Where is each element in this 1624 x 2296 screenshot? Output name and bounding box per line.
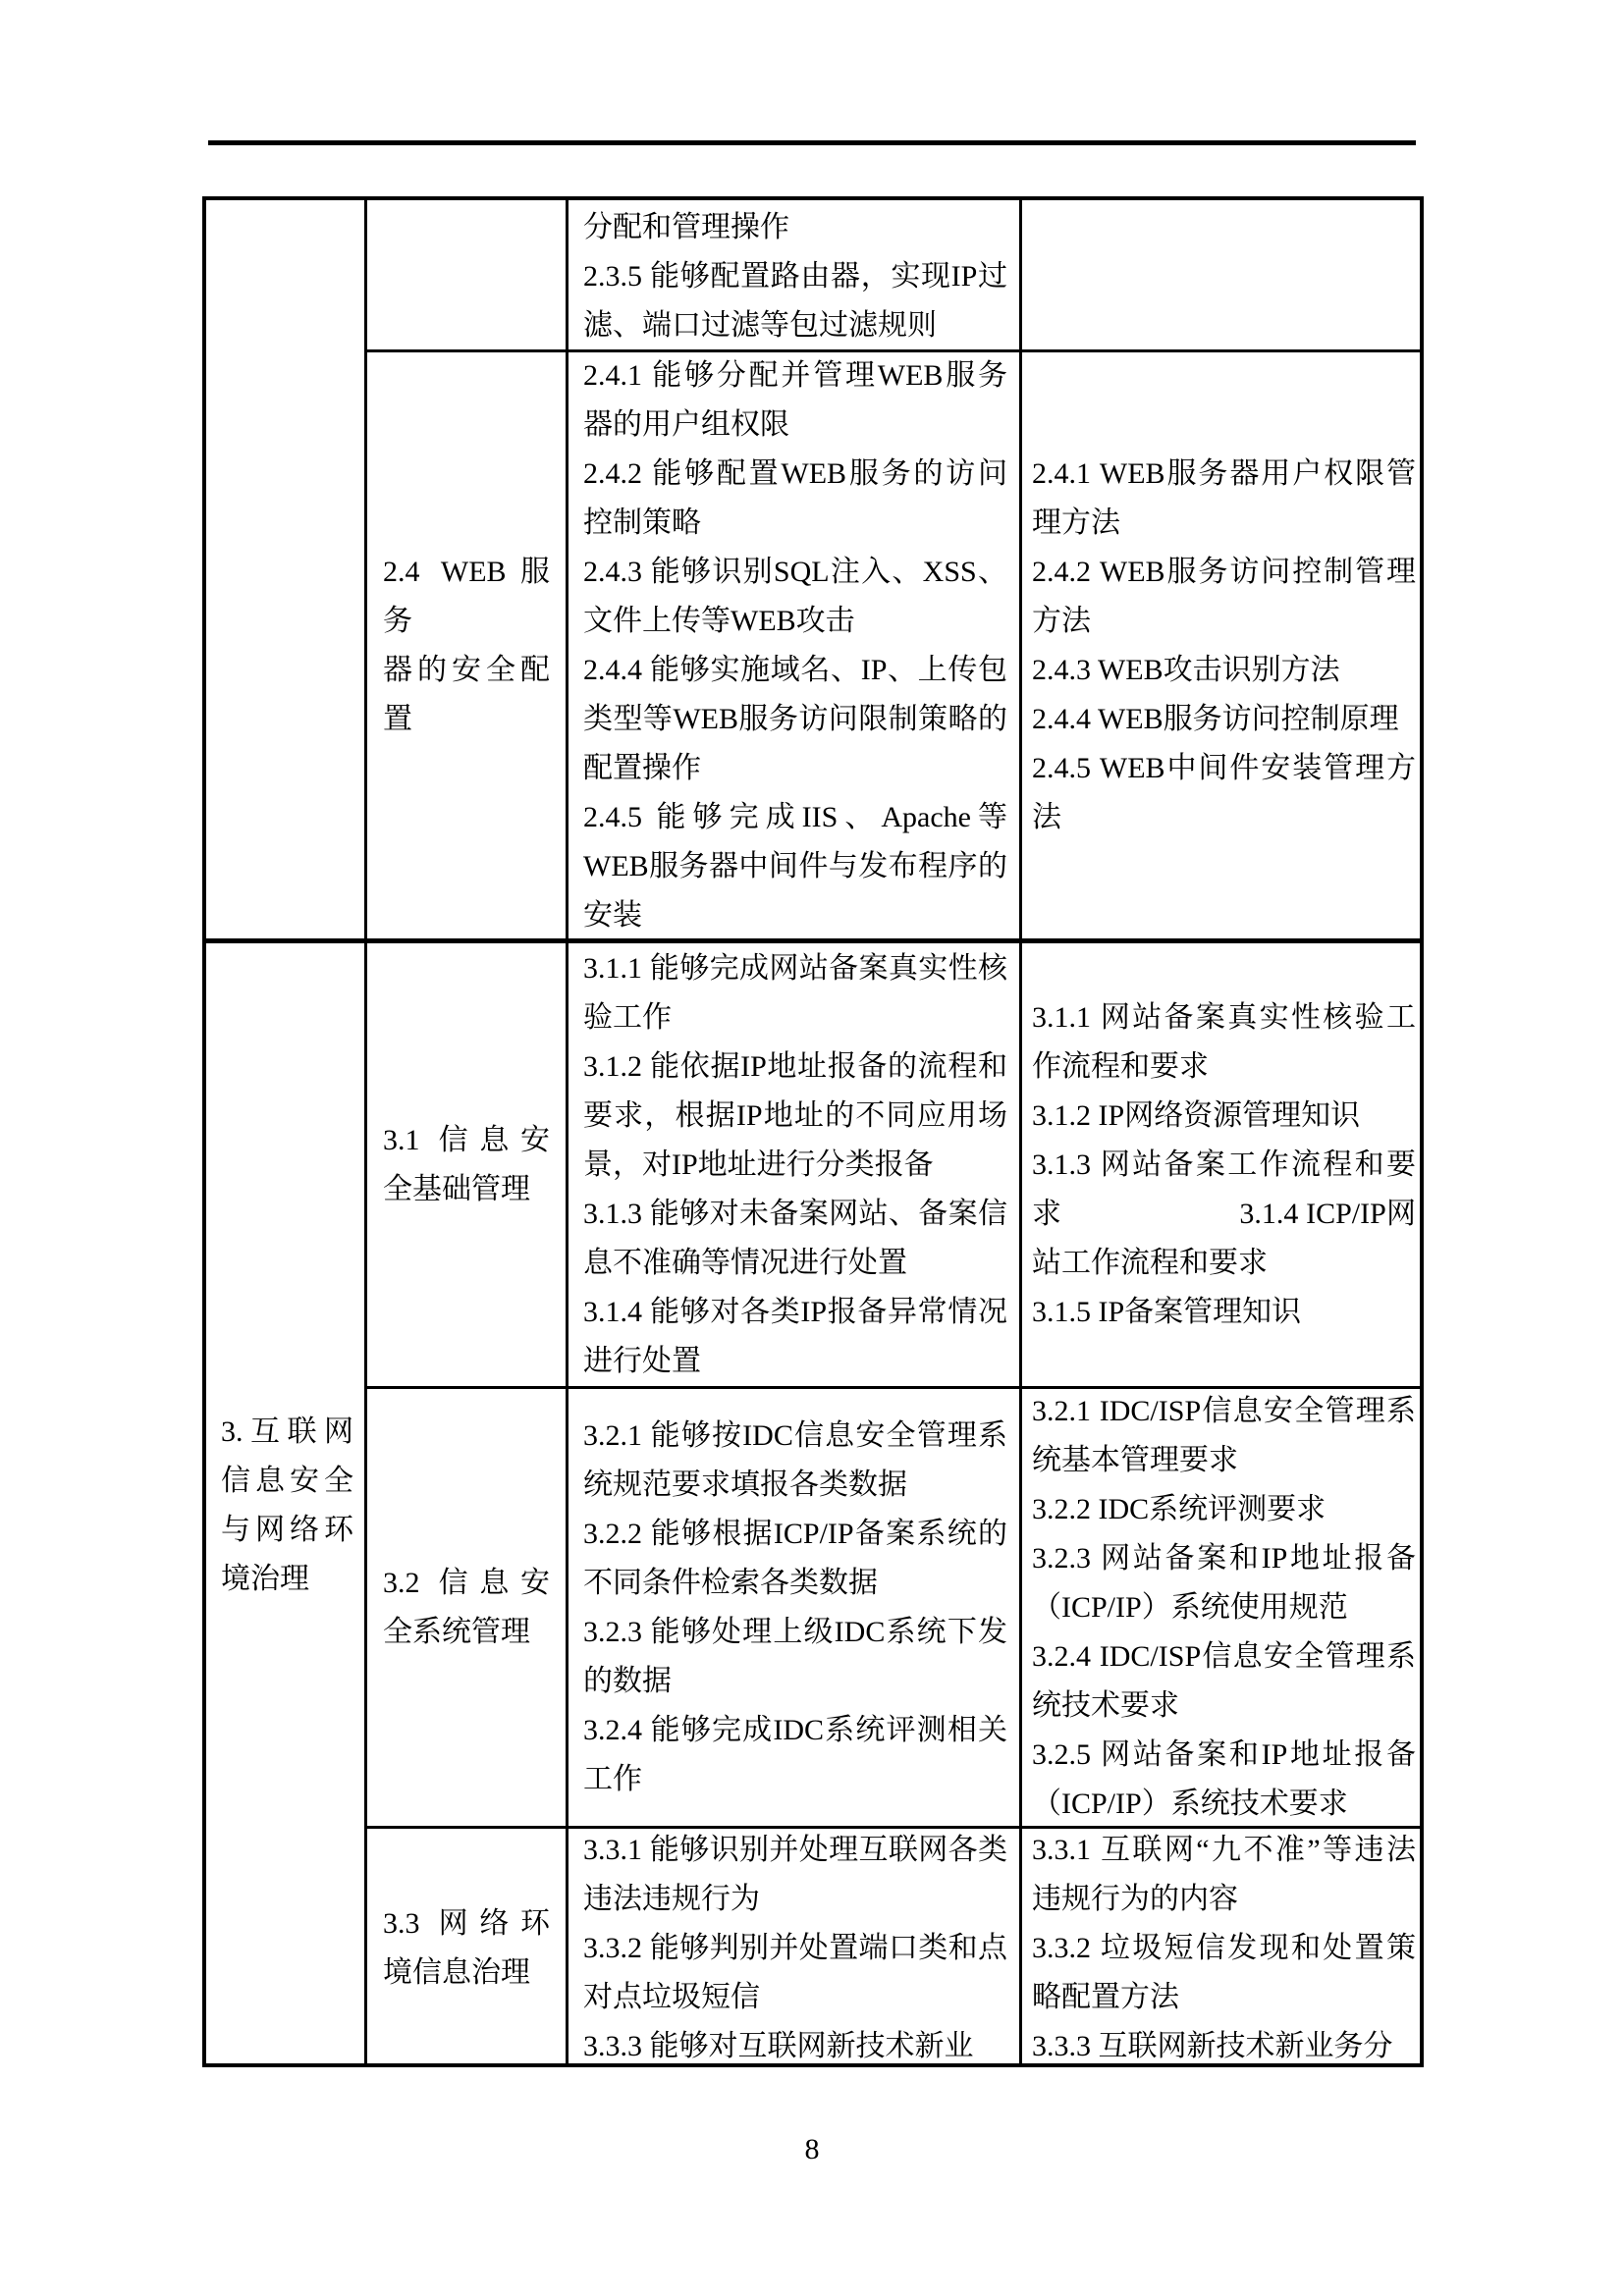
skill-item: 2.4.3 能够识别SQL注入、XSS、文件上传等WEB攻击 [583, 548, 1007, 646]
cell-label-rowA [367, 204, 566, 349]
category-line: 境治理 [221, 1555, 353, 1604]
skills-table: 3.互联网 信息安全 与网络环 境治理 2.4 WEB服务 器的安全配 置 3.… [202, 196, 1424, 2067]
cell-label-3-2: 3.2 信息安 全系统管理 [367, 1389, 566, 1826]
cell-skills-2-4: 2.4.1 能够分配并管理WEB服务器的用户组权限 2.4.2 能够配置WEB服… [568, 352, 1019, 938]
cell-label-3-3: 3.3 网络环 境信息治理 [367, 1829, 566, 2067]
knowledge-item: 2.4.5 WEB中间件安装管理方法 [1032, 744, 1416, 842]
cell-knowledge-3-2: 3.2.1 IDC/ISP信息安全管理系统基本管理要求 3.2.2 IDC系统评… [1022, 1389, 1424, 1826]
knowledge-item: 3.2.3 网站备案和IP地址报备（ICP/IP）系统使用规范 [1032, 1534, 1416, 1632]
knowledge-item: 3.1.5 IP备案管理知识 [1032, 1288, 1416, 1337]
label-line: 全基础管理 [383, 1165, 550, 1214]
label-line: 置 [383, 695, 550, 744]
knowledge-item: 3.2.2 IDC系统评测要求 [1032, 1485, 1416, 1534]
category-line: 与网络环 [221, 1506, 353, 1555]
cell-category-section2 [210, 204, 364, 938]
skill-item: 3.1.4 能够对各类IP报备异常情况进行处置 [583, 1288, 1007, 1386]
skill-item: 分配和管理操作 [583, 204, 1007, 252]
cell-knowledge-2-4: 2.4.1 WEB服务器用户权限管理方法 2.4.2 WEB服务访问控制管理方法… [1022, 352, 1424, 938]
skill-item: 3.2.2 能够根据ICP/IP备案系统的不同条件检索各类数据 [583, 1510, 1007, 1608]
label-line: 2.4 WEB服务 [383, 548, 550, 646]
skill-item: 2.4.4 能够实施域名、IP、上传包类型等WEB服务访问限制策略的配置操作 [583, 646, 1007, 793]
document-page: 3.互联网 信息安全 与网络环 境治理 2.4 WEB服务 器的安全配 置 3.… [0, 0, 1624, 2296]
cell-skills-rowA: 分配和管理操作 2.3.5 能够配置路由器，实现IP过滤、端口过滤等包过滤规则 [568, 204, 1019, 349]
cell-skills-3-2: 3.2.1 能够按IDC信息安全管理系统规范要求填报各类数据 3.2.2 能够根… [568, 1389, 1019, 1826]
cell-label-3-1: 3.1 信息安 全基础管理 [367, 943, 566, 1386]
knowledge-item: 2.4.3 WEB攻击识别方法 [1032, 646, 1416, 695]
label-line: 3.3 网络环 [383, 1899, 550, 1949]
knowledge-item: 2.4.1 WEB服务器用户权限管理方法 [1032, 450, 1416, 548]
cell-label-2-4: 2.4 WEB服务 器的安全配 置 [367, 352, 566, 938]
knowledge-item: 2.4.4 WEB服务访问控制原理 [1032, 695, 1416, 744]
skill-item: 3.3.1 能够识别并处理互联网各类违法违规行为 [583, 1829, 1007, 1924]
page-number: 8 [0, 2132, 1624, 2167]
knowledge-item: 3.1.2 IP网络资源管理知识 [1032, 1092, 1416, 1141]
knowledge-item: 3.3.3 互联网新技术新业务分 [1032, 2022, 1416, 2068]
label-line: 全系统管理 [383, 1608, 550, 1657]
knowledge-item: 3.2.1 IDC/ISP信息安全管理系统基本管理要求 [1032, 1389, 1416, 1485]
skill-item: 2.4.2 能够配置WEB服务的访问控制策略 [583, 450, 1007, 548]
skill-item: 3.3.3 能够对互联网新技术新业 [583, 2022, 1007, 2068]
knowledge-item: 3.1.1 网站备案真实性核验工作流程和要求 [1032, 993, 1416, 1092]
cell-knowledge-rowA [1022, 204, 1424, 349]
skill-item: 2.3.5 能够配置路由器，实现IP过滤、端口过滤等包过滤规则 [583, 252, 1007, 349]
skill-item: 3.1.3 能够对未备案网站、备案信息不准确等情况进行处置 [583, 1190, 1007, 1288]
cell-knowledge-3-1: 3.1.1 网站备案真实性核验工作流程和要求 3.1.2 IP网络资源管理知识 … [1022, 943, 1424, 1386]
label-line: 境信息治理 [383, 1949, 550, 1998]
skill-item: 3.3.2 能够判别并处置端口类和点对点垃圾短信 [583, 1924, 1007, 2022]
knowledge-item: 3.1.3 网站备案工作流程和要求 3.1.4 ICP/IP网站工作流程和要求 [1032, 1141, 1416, 1288]
skill-item: 2.4.5 能够完成IIS、Apache等WEB服务器中间件与发布程序的安装 [583, 793, 1007, 939]
header-rule [208, 140, 1416, 145]
knowledge-item: 3.2.5 网站备案和IP地址报备（ICP/IP）系统技术要求 [1032, 1731, 1416, 1827]
knowledge-item: 3.2.4 IDC/ISP信息安全管理系统技术要求 [1032, 1632, 1416, 1731]
skill-item: 3.1.1 能够完成网站备案真实性核验工作 [583, 944, 1007, 1042]
category-line: 3.互联网 [221, 1408, 353, 1457]
cell-skills-3-1: 3.1.1 能够完成网站备案真实性核验工作 3.1.2 能依据IP地址报备的流程… [568, 943, 1019, 1386]
label-line: 3.1 信息安 [383, 1116, 550, 1165]
knowledge-item: 2.4.2 WEB服务访问控制管理方法 [1032, 548, 1416, 646]
skill-item: 2.4.1 能够分配并管理WEB服务器的用户组权限 [583, 352, 1007, 450]
label-line: 器的安全配 [383, 646, 550, 695]
category-line: 信息安全 [221, 1457, 353, 1506]
knowledge-item: 3.3.2 垃圾短信发现和处置策略配置方法 [1032, 1924, 1416, 2022]
skill-item: 3.2.4 能够完成IDC系统评测相关工作 [583, 1706, 1007, 1804]
skill-item: 3.2.1 能够按IDC信息安全管理系统规范要求填报各类数据 [583, 1412, 1007, 1510]
cell-skills-3-3: 3.3.1 能够识别并处理互联网各类违法违规行为 3.3.2 能够判别并处置端口… [568, 1829, 1019, 2067]
skill-item: 3.1.2 能依据IP地址报备的流程和要求，根据IP地址的不同应用场景，对IP地… [583, 1042, 1007, 1190]
knowledge-item: 3.3.1 互联网“九不准”等违法违规行为的内容 [1032, 1829, 1416, 1924]
cell-knowledge-3-3: 3.3.1 互联网“九不准”等违法违规行为的内容 3.3.2 垃圾短信发现和处置… [1022, 1829, 1424, 2067]
label-line: 3.2 信息安 [383, 1559, 550, 1608]
skill-item: 3.2.3 能够处理上级IDC系统下发的数据 [583, 1608, 1007, 1706]
cell-category-section3: 3.互联网 信息安全 与网络环 境治理 [210, 943, 364, 2067]
